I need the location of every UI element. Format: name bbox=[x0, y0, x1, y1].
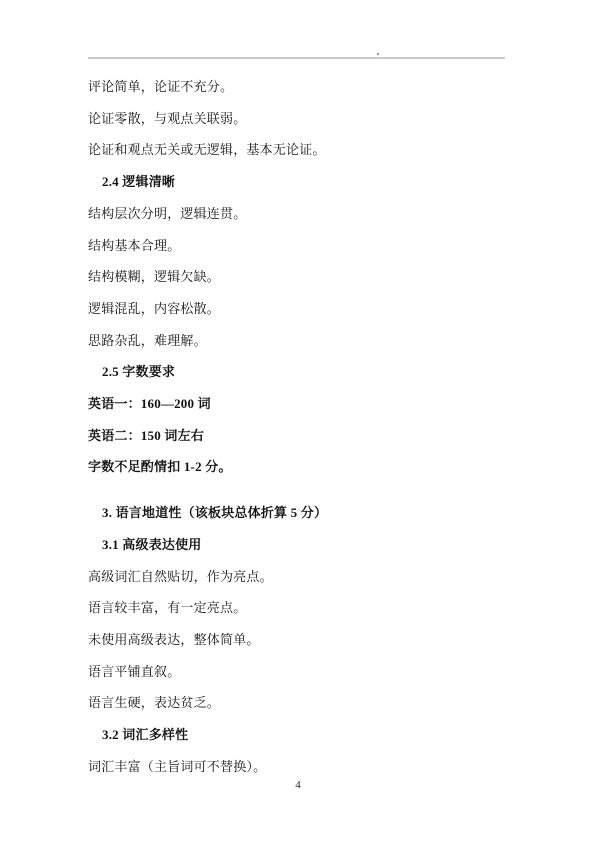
page-number: 4 bbox=[0, 779, 596, 791]
criteria-line: 论证零散，与观点关联弱。 bbox=[88, 103, 508, 135]
section-heading-2-5: 2.5 字数要求 bbox=[88, 356, 508, 388]
criteria-line: 语言较丰富，有一定亮点。 bbox=[88, 592, 508, 624]
criteria-line: 未使用高级表达，整体简单。 bbox=[88, 624, 508, 656]
word-count-penalty: 字数不足酌情扣 1-2 分。 bbox=[88, 451, 508, 483]
criteria-line: 结构基本合理。 bbox=[88, 230, 508, 262]
section-heading-3-2: 3.2 词汇多样性 bbox=[88, 719, 508, 751]
header-mark-dot bbox=[377, 53, 379, 55]
section-heading-2-4: 2.4 逻辑清晰 bbox=[88, 166, 508, 198]
criteria-line: 论证和观点无关或无逻辑，基本无论证。 bbox=[88, 134, 508, 166]
word-count-english2: 英语二：150 词左右 bbox=[88, 420, 508, 452]
criteria-line: 逻辑混乱，内容松散。 bbox=[88, 293, 508, 325]
document-body: 评论简单，论证不充分。 论证零散，与观点关联弱。 论证和观点无关或无逻辑，基本无… bbox=[88, 71, 508, 782]
criteria-line: 高级词汇自然贴切，作为亮点。 bbox=[88, 561, 508, 593]
criteria-line: 语言平铺直叙。 bbox=[88, 656, 508, 688]
criteria-line: 结构层次分明，逻辑连贯。 bbox=[88, 198, 508, 230]
criteria-line: 语言生硬，表达贫乏。 bbox=[88, 687, 508, 719]
section-heading-3-1: 3.1 高级表达使用 bbox=[88, 529, 508, 561]
criteria-line: 结构模糊，逻辑欠缺。 bbox=[88, 261, 508, 293]
section-heading-3: 3. 语言地道性（该板块总体折算 5 分） bbox=[88, 497, 508, 529]
header-rule bbox=[88, 57, 505, 59]
criteria-line: 词汇丰富（主旨词可不替换）。 bbox=[88, 751, 508, 783]
document-page: 评论简单，论证不充分。 论证零散，与观点关联弱。 论证和观点无关或无逻辑，基本无… bbox=[0, 0, 596, 842]
criteria-line: 评论简单，论证不充分。 bbox=[88, 71, 508, 103]
word-count-english1: 英语一：160—200 词 bbox=[88, 388, 508, 420]
criteria-line: 思路杂乱，难理解。 bbox=[88, 325, 508, 357]
